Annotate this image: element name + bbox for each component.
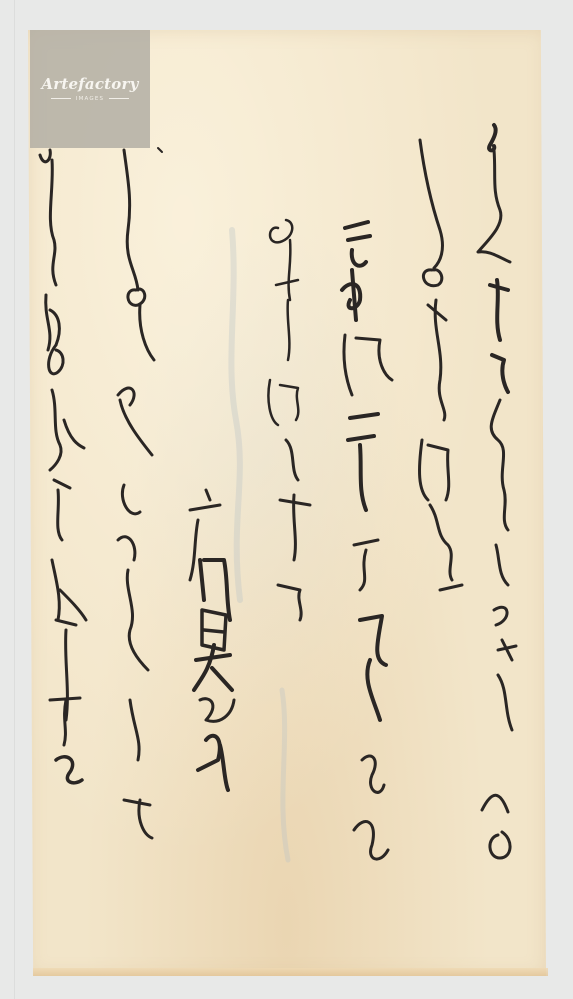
watermark-title: Artefactory [41, 75, 138, 93]
calligraphy-column-2 [420, 140, 462, 590]
calligraphy-column-6 [118, 148, 162, 838]
watermark-rule-right [109, 98, 129, 99]
ghost-text [231, 230, 288, 860]
watermark-rule-left [51, 98, 71, 99]
watermark-subtitle: IMAGES [76, 96, 104, 102]
watermark-subtitle-row: IMAGES [51, 96, 129, 102]
calligraphy-ink [0, 0, 573, 999]
calligraphy-column-1 [478, 125, 516, 858]
calligraphy-column-7 [40, 150, 86, 783]
calligraphy-column-4 [268, 220, 310, 620]
calligraphy-column-3 [342, 222, 392, 859]
calligraphy-column-5 [190, 490, 234, 790]
watermark-logo: Artefactory IMAGES [30, 30, 150, 148]
